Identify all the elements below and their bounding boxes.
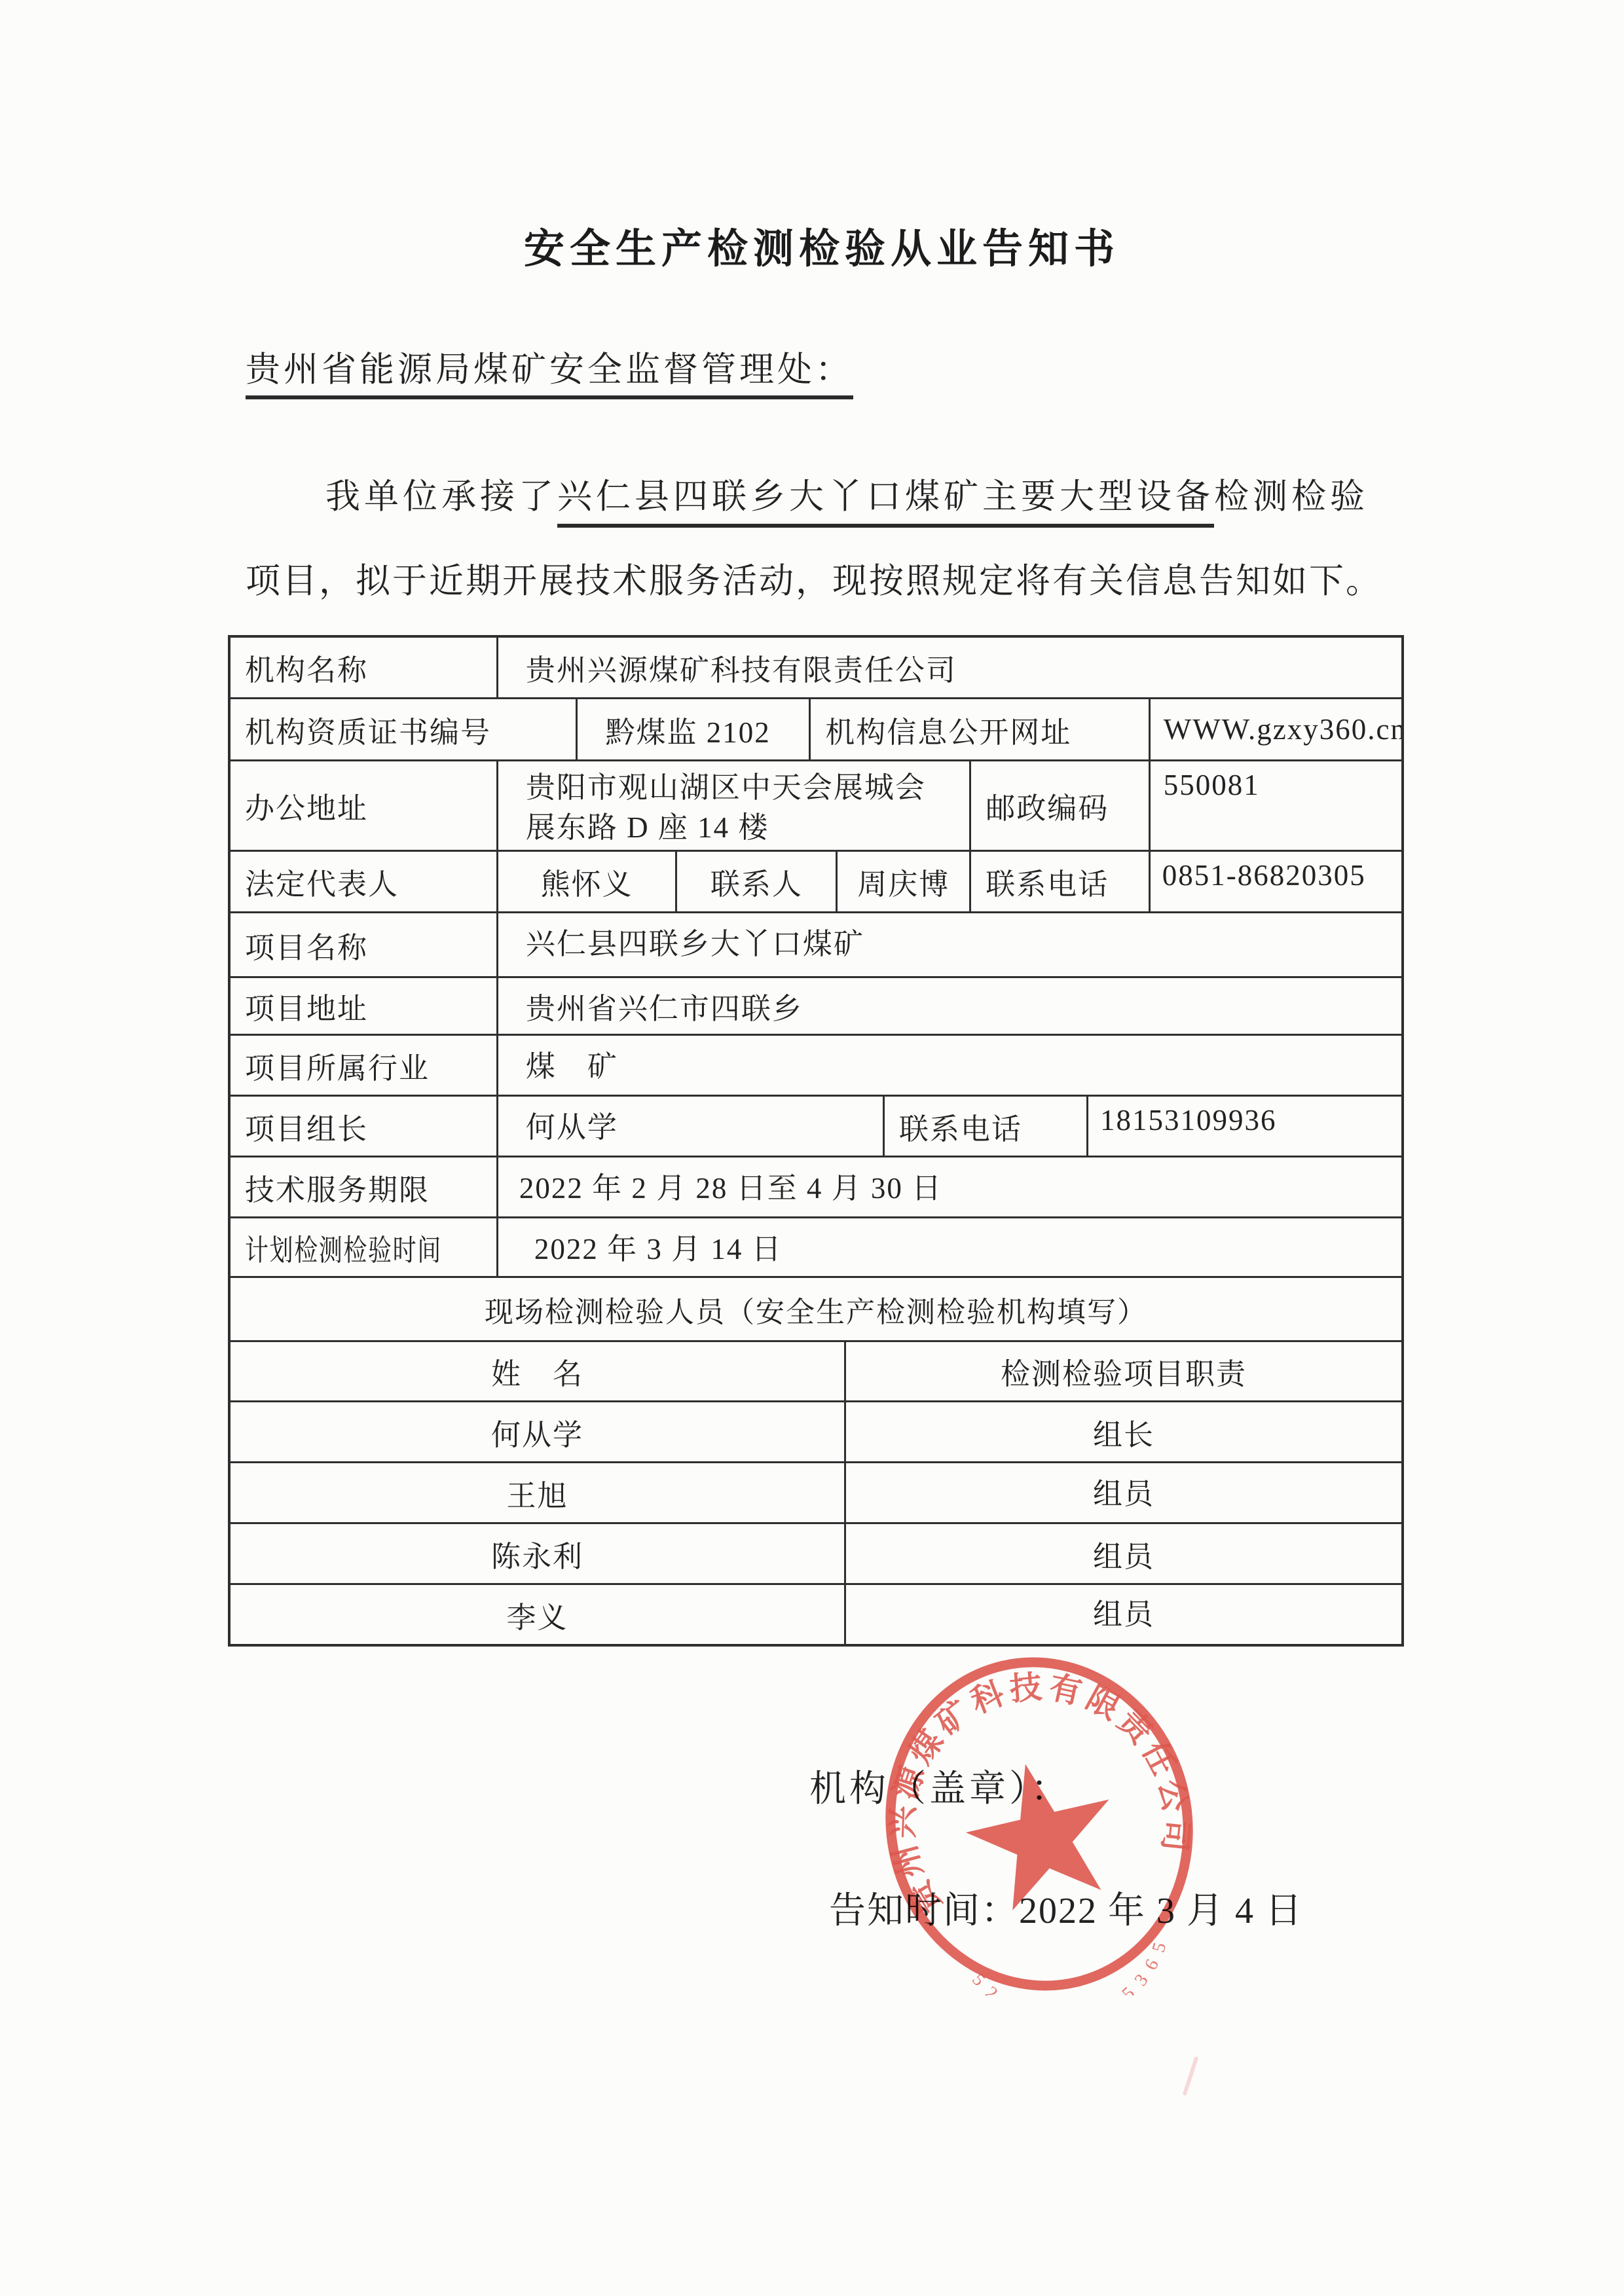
person-duty: 组员	[844, 1463, 1401, 1522]
person-name: 陈永利	[231, 1524, 844, 1583]
row-personnel-header: 现场检测检验人员（安全生产检测检验机构填写）	[231, 1276, 1401, 1340]
cell-value: 煤 矿	[496, 1036, 1401, 1095]
person-name: 何从学	[231, 1402, 844, 1461]
cell-label: 项目地址	[231, 978, 496, 1034]
row-legal-representative: 法定代表人 熊怀义 联系人 周庆博 联系电话 0851-86820305	[231, 850, 1401, 911]
personnel-header-text: 现场检测检验人员（安全生产检测检验机构填写）	[231, 1278, 1401, 1340]
person-name: 王旭	[231, 1463, 844, 1522]
row-project-leader: 项目组长 何从学 联系电话 18153109936	[231, 1095, 1401, 1156]
row-planned-inspection-time: 计划检测检验时间 2022 年 3 月 14 日	[231, 1216, 1401, 1276]
company-seal-stamp: 贵州兴源煤矿科技有限责任公司 5201025005365	[881, 1655, 1202, 1995]
para-pre: 我单位承接了	[325, 478, 557, 516]
svg-text:贵州兴源煤矿科技有限责任公司: 贵州兴源煤矿科技有限责任公司	[881, 1655, 1202, 1924]
cell-label: 项目组长	[231, 1097, 496, 1156]
cell-label: 邮政编码	[969, 761, 1149, 850]
para-post: 检测检验	[1214, 478, 1369, 516]
cell-value: 18153109936	[1086, 1097, 1401, 1156]
cell-value: 550081	[1149, 761, 1401, 850]
cell-label: 计划检测检验时间	[231, 1218, 496, 1276]
person-duty: 组员	[844, 1585, 1401, 1644]
body-paragraph-line1: 我单位承接了兴仁县四联乡大丫口煤矿主要大型设备检测检验	[325, 469, 1369, 519]
page-title: 安全生产检测检验从业告知书	[524, 216, 1120, 274]
cell-value: WWW.gzxy360.cn	[1149, 699, 1401, 759]
row-person-1: 何从学 组长	[231, 1400, 1401, 1461]
cell-label: 机构资质证书编号	[231, 699, 576, 759]
cell-label: 机构信息公开网址	[809, 699, 1149, 759]
column-header-name: 姓 名	[231, 1342, 844, 1400]
cell-value: 贵州省兴仁市四联乡	[496, 978, 1401, 1034]
row-office-address: 办公地址 贵阳市观山湖区中天会展城会展东路 D 座 14 楼 邮政编码 5500…	[231, 759, 1401, 850]
seal-star-icon	[954, 1747, 1129, 1917]
cell-value: 黔煤监 2102	[576, 699, 809, 759]
row-project-name: 项目名称 兴仁县四联乡大丫口煤矿	[231, 911, 1401, 976]
row-personnel-columns: 姓 名 检测检验项目职责	[231, 1340, 1401, 1400]
person-duty: 组员	[844, 1524, 1401, 1583]
salutation-line: 贵州省能源局煤矿安全监督管理处：	[246, 342, 853, 392]
para-underlined-project: 兴仁县四联乡大丫口煤矿主要大型设备	[557, 478, 1214, 528]
cell-label: 联系电话	[883, 1097, 1086, 1156]
cell-label: 法定代表人	[231, 852, 496, 911]
cell-value: 熊怀义	[496, 852, 676, 911]
row-project-industry: 项目所属行业 煤 矿	[231, 1034, 1401, 1095]
body-paragraph-line2: 项目，拟于近期开展技术服务活动，现按照规定将有关信息告知如下。	[246, 553, 1382, 603]
row-person-2: 王旭 组员	[231, 1461, 1401, 1522]
row-person-4: 李义 组员	[231, 1583, 1401, 1644]
row-certificate-no: 机构资质证书编号 黔煤监 2102 机构信息公开网址 WWW.gzxy360.c…	[231, 697, 1401, 759]
scan-artifact-streak	[1183, 2056, 1199, 2096]
row-service-period: 技术服务期限 2022 年 2 月 28 日至 4 月 30 日	[231, 1156, 1401, 1216]
row-project-address: 项目地址 贵州省兴仁市四联乡	[231, 976, 1401, 1034]
cell-value: 2022 年 3 月 14 日	[496, 1218, 1401, 1276]
cell-label: 项目名称	[231, 913, 496, 976]
cell-label: 技术服务期限	[231, 1157, 496, 1216]
cell-value: 0851-86820305	[1149, 852, 1401, 911]
cell-label: 联系电话	[969, 852, 1149, 911]
document-page: 安全生产检测检验从业告知书 贵州省能源局煤矿安全监督管理处： 我单位承接了兴仁县…	[0, 0, 1624, 2296]
cell-value: 2022 年 2 月 28 日至 4 月 30 日	[496, 1157, 1401, 1216]
row-person-3: 陈永利 组员	[231, 1522, 1401, 1583]
cell-value: 贵州兴源煤矿科技有限责任公司	[496, 638, 1401, 697]
cell-value: 兴仁县四联乡大丫口煤矿	[496, 913, 1401, 976]
cell-value: 周庆博	[836, 852, 969, 911]
cell-label: 机构名称	[231, 638, 496, 697]
cell-value: 贵阳市观山湖区中天会展城会展东路 D 座 14 楼	[496, 761, 969, 850]
notification-table: 机构名称 贵州兴源煤矿科技有限责任公司 机构资质证书编号 黔煤监 2102 机构…	[228, 635, 1404, 1647]
office-address-text: 贵阳市观山湖区中天会展城会展东路 D 座 14 楼	[526, 768, 961, 848]
seal-company-name: 贵州兴源煤矿科技有限责任公司	[881, 1655, 1202, 1924]
cell-label: 项目所属行业	[231, 1036, 496, 1095]
person-name: 李义	[231, 1585, 844, 1644]
salutation-text: 贵州省能源局煤矿安全监督管理处：	[246, 351, 853, 399]
cell-label: 联系人	[675, 852, 836, 911]
column-header-duty: 检测检验项目职责	[844, 1342, 1401, 1400]
cell-label: 办公地址	[231, 761, 496, 850]
cell-value: 何从学	[496, 1097, 883, 1156]
planned-time-label: 计划检测检验时间	[245, 1226, 442, 1269]
person-duty: 组长	[844, 1402, 1401, 1461]
row-institution-name: 机构名称 贵州兴源煤矿科技有限责任公司	[231, 638, 1401, 697]
